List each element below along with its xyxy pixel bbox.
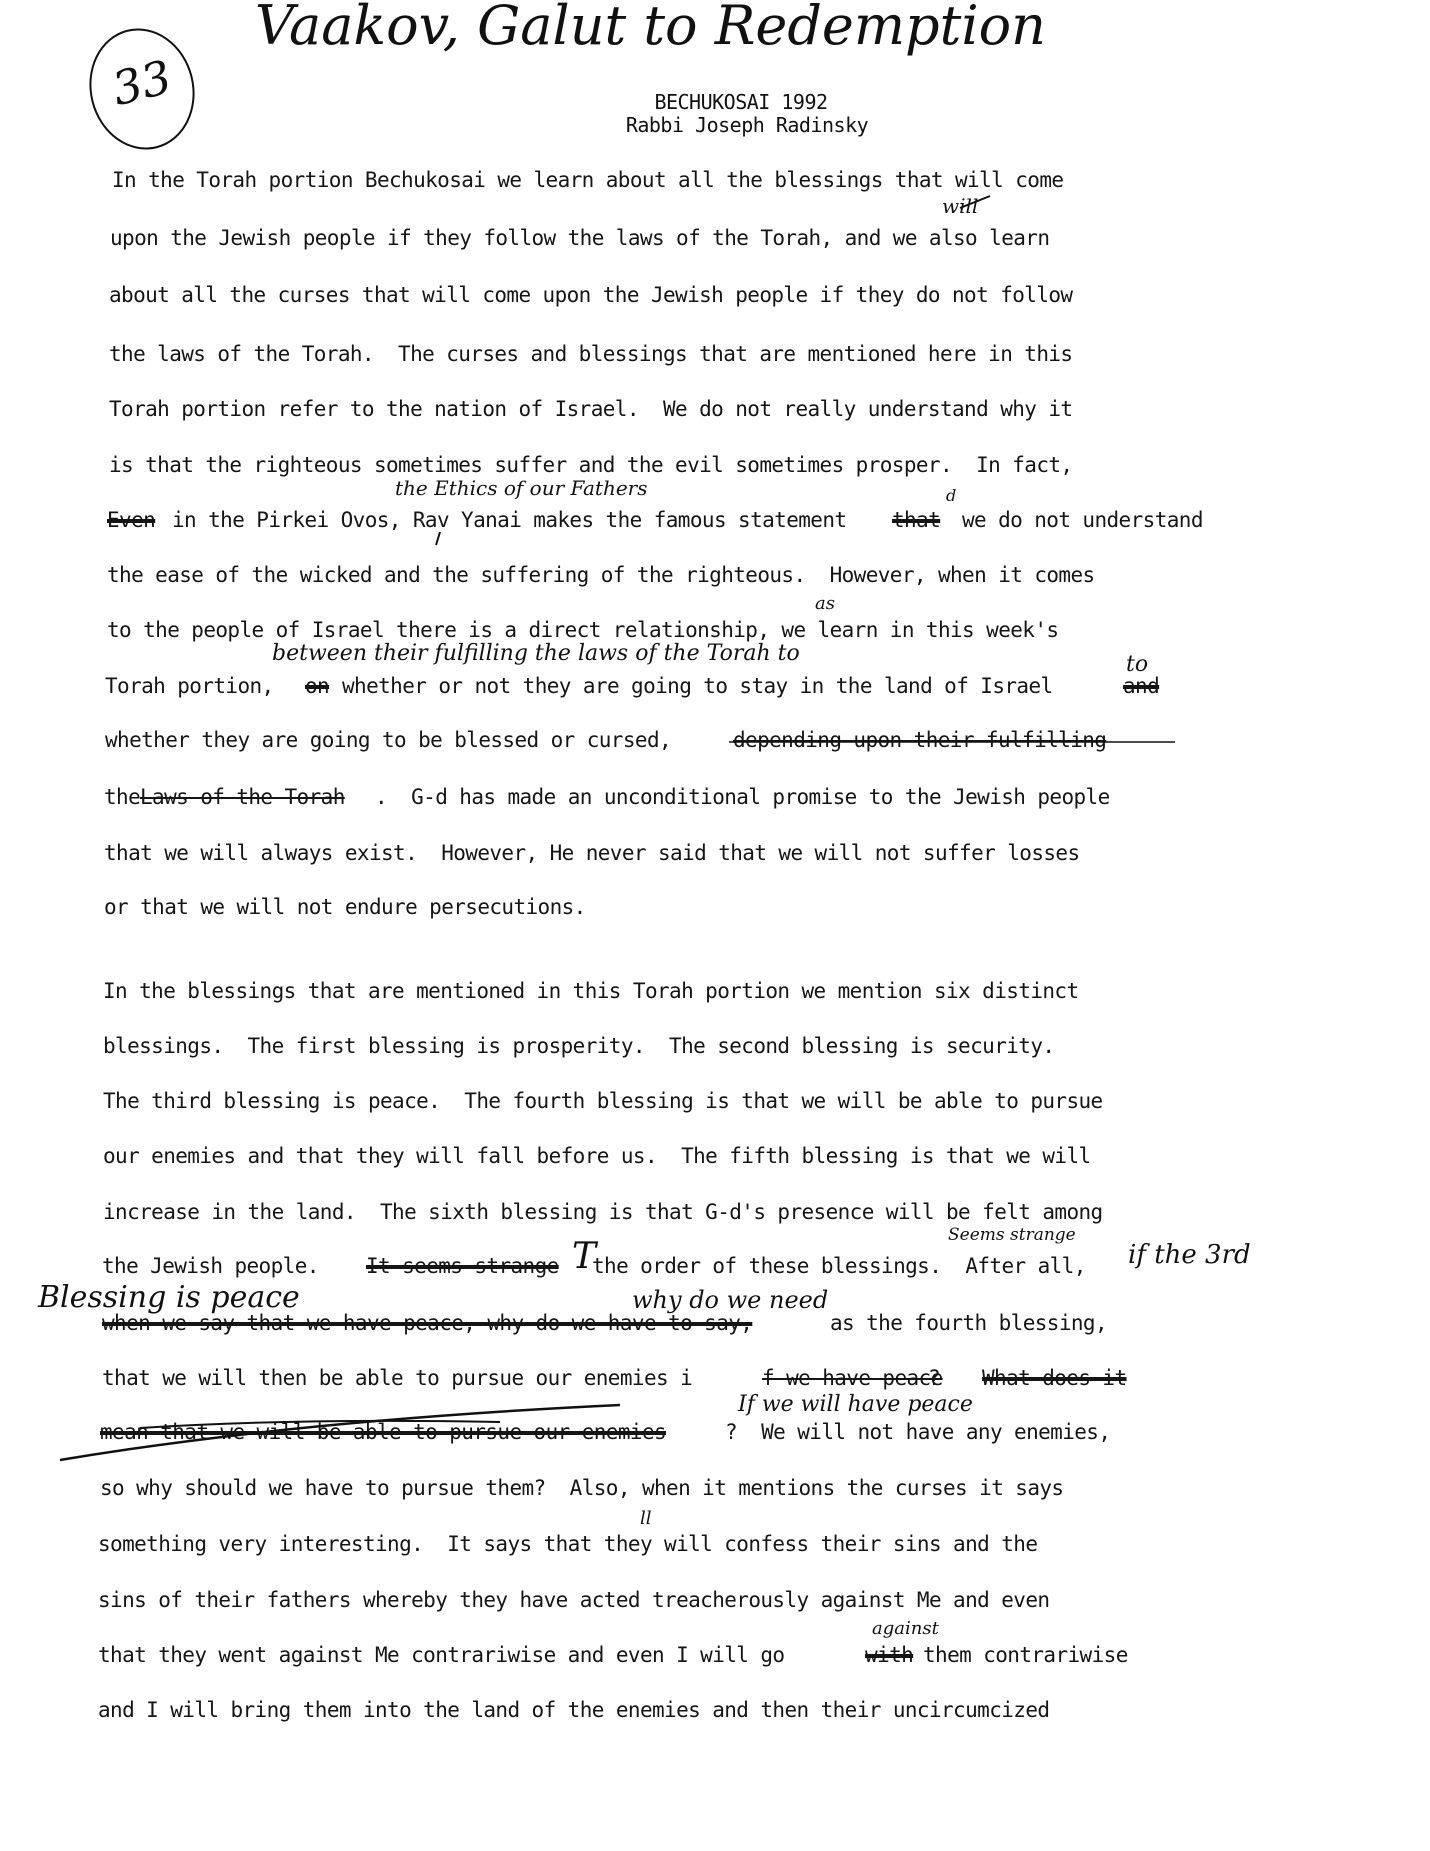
p1-line-7-end: we do not understand xyxy=(962,508,1203,532)
p1-line-8: the ease of the wicked and the suffering… xyxy=(107,563,1095,587)
p2-line-3: The third blessing is peace. The fourth … xyxy=(103,1089,1103,1113)
struck-and: and xyxy=(1123,674,1159,698)
p1-line-11: whether they are going to be blessed or … xyxy=(105,728,671,752)
struck-it-seems-strange: It seems strange xyxy=(366,1254,559,1278)
annotation-if-the-3rd: if the 3rd xyxy=(1128,1240,1251,1270)
annotation-ll: ll xyxy=(640,1508,652,1529)
p1-line-4: the laws of the Torah. The curses and bl… xyxy=(109,342,1072,366)
p2-line-12: sins of their fathers whereby they have … xyxy=(98,1588,1049,1612)
struck-mean-that: mean that we will be able to pursue our … xyxy=(100,1420,666,1444)
p1-line-6: is that the righteous sometimes suffer a… xyxy=(109,453,1072,477)
p2-line-8-a: that we will then be able to pursue our … xyxy=(102,1366,692,1390)
p1-line-2: upon the Jewish people if they follow th… xyxy=(110,226,1049,250)
annotation-d: d xyxy=(946,486,956,505)
annotation-why-do-we-need: why do we need xyxy=(632,1286,828,1314)
p1-line-1: In the Torah portion Bechukosai we learn… xyxy=(112,168,1063,192)
struck-laws: Laws of the Torah xyxy=(140,785,345,809)
document-title: BECHUKOSAI 1992 xyxy=(26,90,1430,114)
annotation-between: between their fulfilling the laws of the… xyxy=(272,641,800,666)
p2-line-7: as the fourth blessing, xyxy=(830,1311,1107,1335)
annotation-if-we-will-have-peace: If we will have peace xyxy=(738,1392,973,1417)
p2-line-13-a: that they went against Me contrariwise a… xyxy=(98,1643,784,1667)
p1-line-10-a: Torah portion, xyxy=(105,674,274,698)
p1-line-12-a: the xyxy=(104,785,140,809)
handwritten-title: Vaakov, Galut to Redemption xyxy=(255,0,1046,57)
p1-line-7-prefix: Even xyxy=(107,508,155,532)
struck-even: Even xyxy=(107,508,155,532)
p1-line-14: or that we will not endure persecutions. xyxy=(104,895,586,919)
p1-line-3: about all the curses that will come upon… xyxy=(109,283,1072,307)
struck-what-does-it: What does it xyxy=(982,1366,1127,1390)
struck-we-have-peace: f we have peace xyxy=(762,1366,943,1390)
p1-line-13: that we will always exist. However, He n… xyxy=(104,841,1080,865)
p1-line-10-b: whether or not they are going to stay in… xyxy=(342,674,1053,698)
p2-line-1: In the blessings that are mentioned in t… xyxy=(103,979,1079,1003)
struck-when-we-say: when we say that we have peace, why do w… xyxy=(102,1311,752,1335)
p2-line-6-b: the order of these blessings. After all, xyxy=(592,1254,1086,1278)
annotation-ethics: the Ethics of our Fathers xyxy=(395,476,648,500)
pen-strokes xyxy=(0,0,1430,1851)
struck-on: on xyxy=(305,674,329,698)
struck-with: with xyxy=(865,1643,913,1667)
p2-line-4: our enemies and that they will fall befo… xyxy=(103,1144,1091,1168)
p1-line-5: Torah portion refer to the nation of Isr… xyxy=(109,397,1072,421)
p2-line-10: so why should we have to pursue them? Al… xyxy=(100,1476,1063,1500)
annotation-seems-strange: Seems strange xyxy=(948,1225,1076,1245)
p2-line-14: and I will bring them into the land of t… xyxy=(98,1698,1049,1722)
p2-line-11: something very interesting. It says that… xyxy=(98,1532,1037,1556)
annotation-as: as xyxy=(815,593,835,614)
p2-line-8-b: ? xyxy=(928,1366,940,1390)
circled-page-number: 33 xyxy=(77,17,207,161)
p2-line-5: increase in the land. The sixth blessing… xyxy=(103,1200,1103,1224)
p2-line-9: ? We will not have any enemies, xyxy=(725,1420,1110,1444)
document-author: Rabbi Joseph Radinsky xyxy=(32,113,1430,137)
p1-line-12-b: . G-d has made an unconditional promise … xyxy=(375,785,1110,809)
struck-depending: depending upon their fulfilling xyxy=(733,728,1106,752)
annotation-to: to xyxy=(1126,652,1148,677)
document-page: Vaakov, Galut to Redemption 33 BECHUKOSA… xyxy=(0,0,1430,1851)
annotation-against: against xyxy=(872,1618,939,1639)
p2-line-2: blessings. The first blessing is prosper… xyxy=(103,1034,1054,1058)
annotation-will: will xyxy=(942,194,978,218)
p1-line-7: in the Pirkei Ovos, Rav Yanai makes the … xyxy=(172,508,846,532)
struck-that: that xyxy=(892,508,940,532)
p2-line-6-a: the Jewish people. xyxy=(102,1254,319,1278)
annotation-blessing-is-peace: Blessing is peace xyxy=(38,1280,300,1315)
p2-line-13-b: them contrariwise xyxy=(923,1643,1128,1667)
p1-line-9: to the people of Israel there is a direc… xyxy=(107,618,1058,642)
